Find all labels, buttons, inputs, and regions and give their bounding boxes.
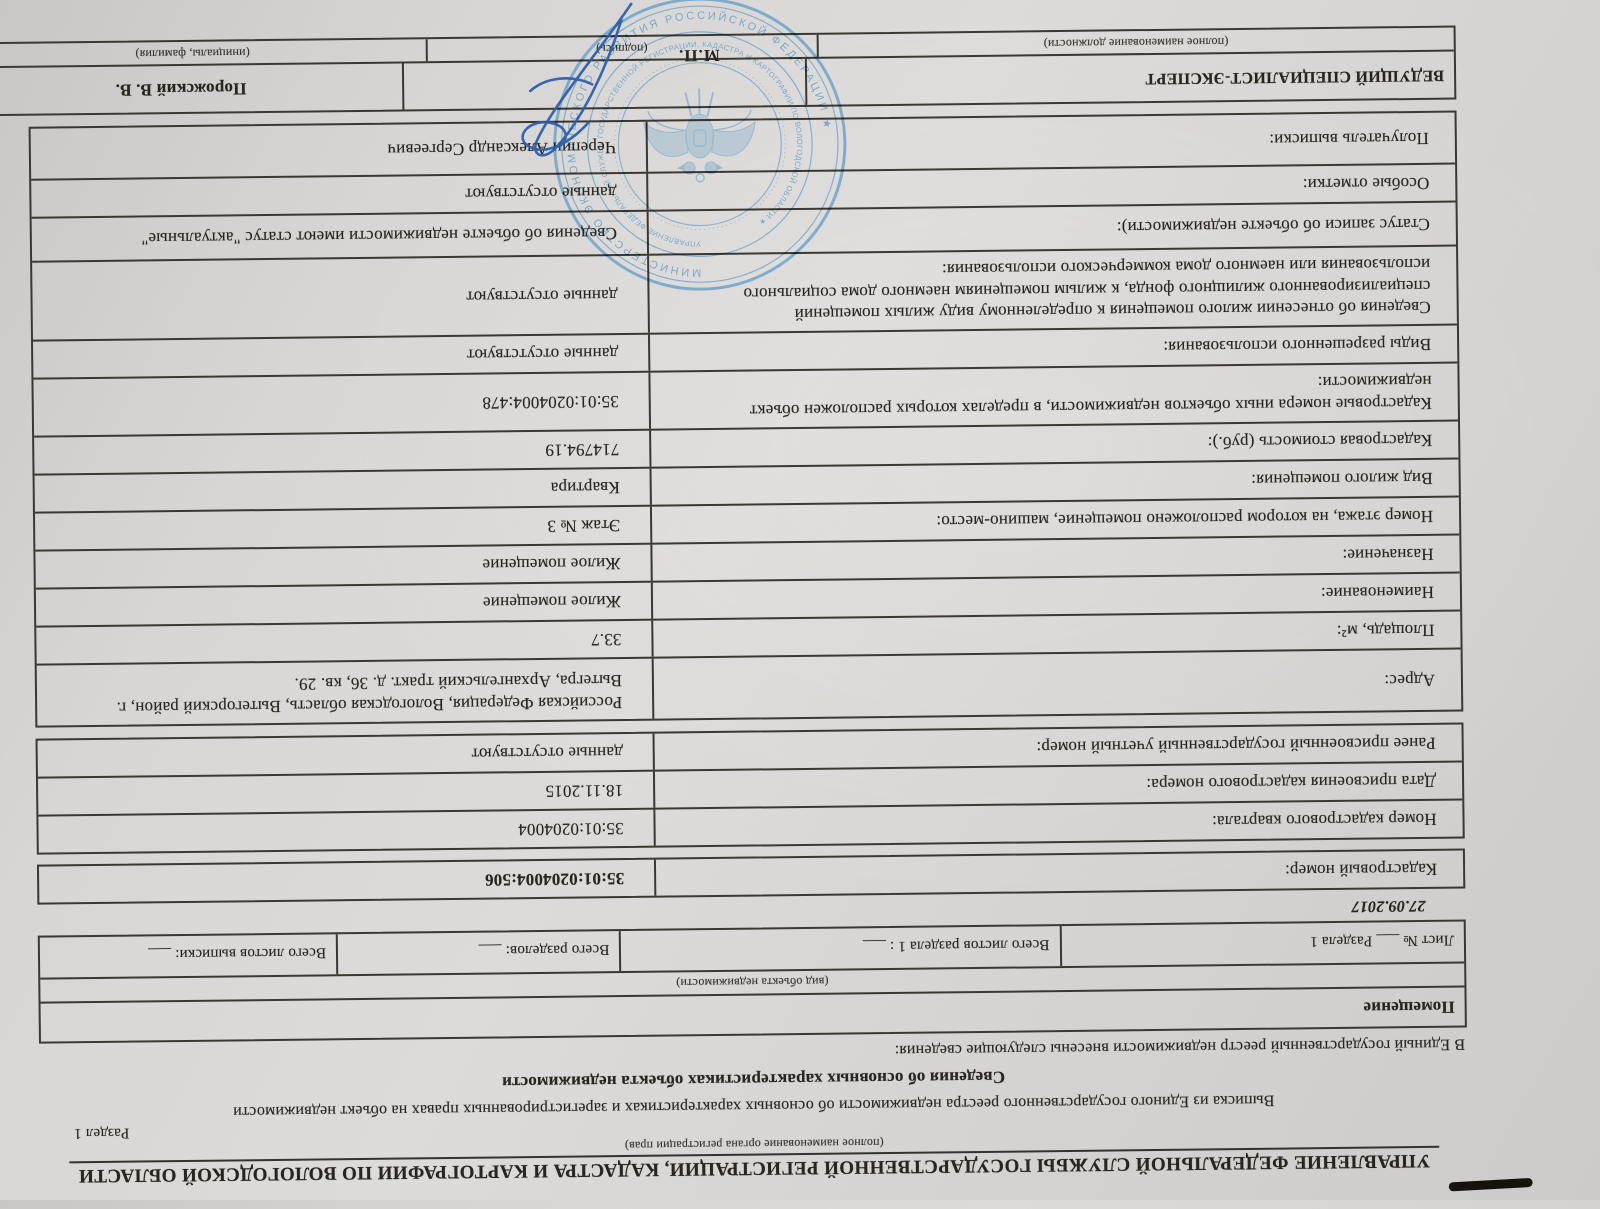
row-value: 35:01:0204004:478 [34, 384, 649, 425]
row-value: 18.11.2015 [38, 773, 653, 814]
scanned-document-upside-down: УПРАВЛЕНИЕ ФЕДЕРАЛЬНОЙ СЛУЖБЫ ГОСУДАРСТВ… [0, 0, 1600, 1200]
row-label: Кадастровые номера иных объектов недвижи… [648, 364, 1458, 429]
row-value: 35:01:0204004:506 [39, 861, 654, 902]
sheets-in-section-cell: Всего листов раздела 1 : ___ [619, 926, 1060, 971]
sheet-number-cell: Лист № ___ Раздела 1 [1059, 921, 1464, 966]
sections-total-cell: Всего разделов: ___ [336, 931, 620, 974]
row-label: Сведения об отнесении жилого помещения к… [647, 247, 1457, 333]
object-type-table: Помещение (вид объекта недвижимости) Лис… [38, 919, 1467, 1043]
row-label: Статус записи об объекте недвижимости): [647, 203, 1456, 254]
name-caption: (инициалы, фамилия) [0, 39, 425, 66]
row-value: Квартира [35, 470, 650, 511]
signature-table: ВЕДУЩИЙ СПЕЦИАЛИСТ-ЭКСПЕРТ Порожский В. … [0, 26, 1456, 117]
row-value: Жилое помещение [36, 584, 651, 625]
object-type-value: Помещение [1363, 997, 1455, 1018]
object-type-caption: (вид объекта недвижимости) [676, 974, 829, 991]
details-table: Адрес: Российская Федерация, Вологодская… [29, 111, 1464, 728]
signature-space [401, 59, 804, 110]
row-value: Жилое помещение [35, 546, 650, 587]
row-label: Кадастровый номер: [654, 850, 1463, 895]
seal-place-mark: М.П. [678, 45, 720, 65]
row-value: данные отсутствуют [38, 735, 653, 776]
row-value: Этаж № 3 [35, 508, 650, 549]
row-value: Сведения об объекте недвижимости имеют с… [32, 216, 647, 257]
row-value: данные отсутствуют [33, 336, 648, 377]
signer-position: ВЕДУЩИЙ СПЕЦИАЛИСТ-ЭКСПЕРТ [804, 52, 1454, 105]
row-value: Российская Федерация, Вологодская област… [37, 659, 653, 726]
row-value: 35:01:0204004 [38, 811, 653, 852]
row-value: 33.7 [36, 622, 651, 663]
cadastral-number-table: Кадастровый номер: 35:01:0204004:506 [37, 848, 1465, 904]
sign-caption: (подпись) [425, 35, 816, 61]
row-label: Адрес: [652, 650, 1462, 719]
row-label: Получатель выписки: [646, 113, 1455, 172]
scan-artifact-dash [1448, 1178, 1532, 1192]
row-value: данные отсутствуют [31, 175, 646, 216]
row-value: Черепин Александр Сергеевич [31, 130, 646, 171]
signer-name: Порожский В. В. [0, 64, 402, 115]
table-row: Кадастровый номер: 35:01:0204004:506 [39, 850, 1463, 902]
row-value: 714794.19 [34, 432, 649, 473]
document-sheet: УПРАВЛЕНИЕ ФЕДЕРАЛЬНОЙ СЛУЖБЫ ГОСУДАРСТВ… [28, 26, 1469, 1187]
quarter-table: Номер кадастрового квартала: 35:01:02040… [36, 722, 1465, 854]
row-value: данные отсутствуют [32, 278, 647, 319]
sheets-total-cell: Всего листов выписки: ___ [40, 934, 336, 977]
